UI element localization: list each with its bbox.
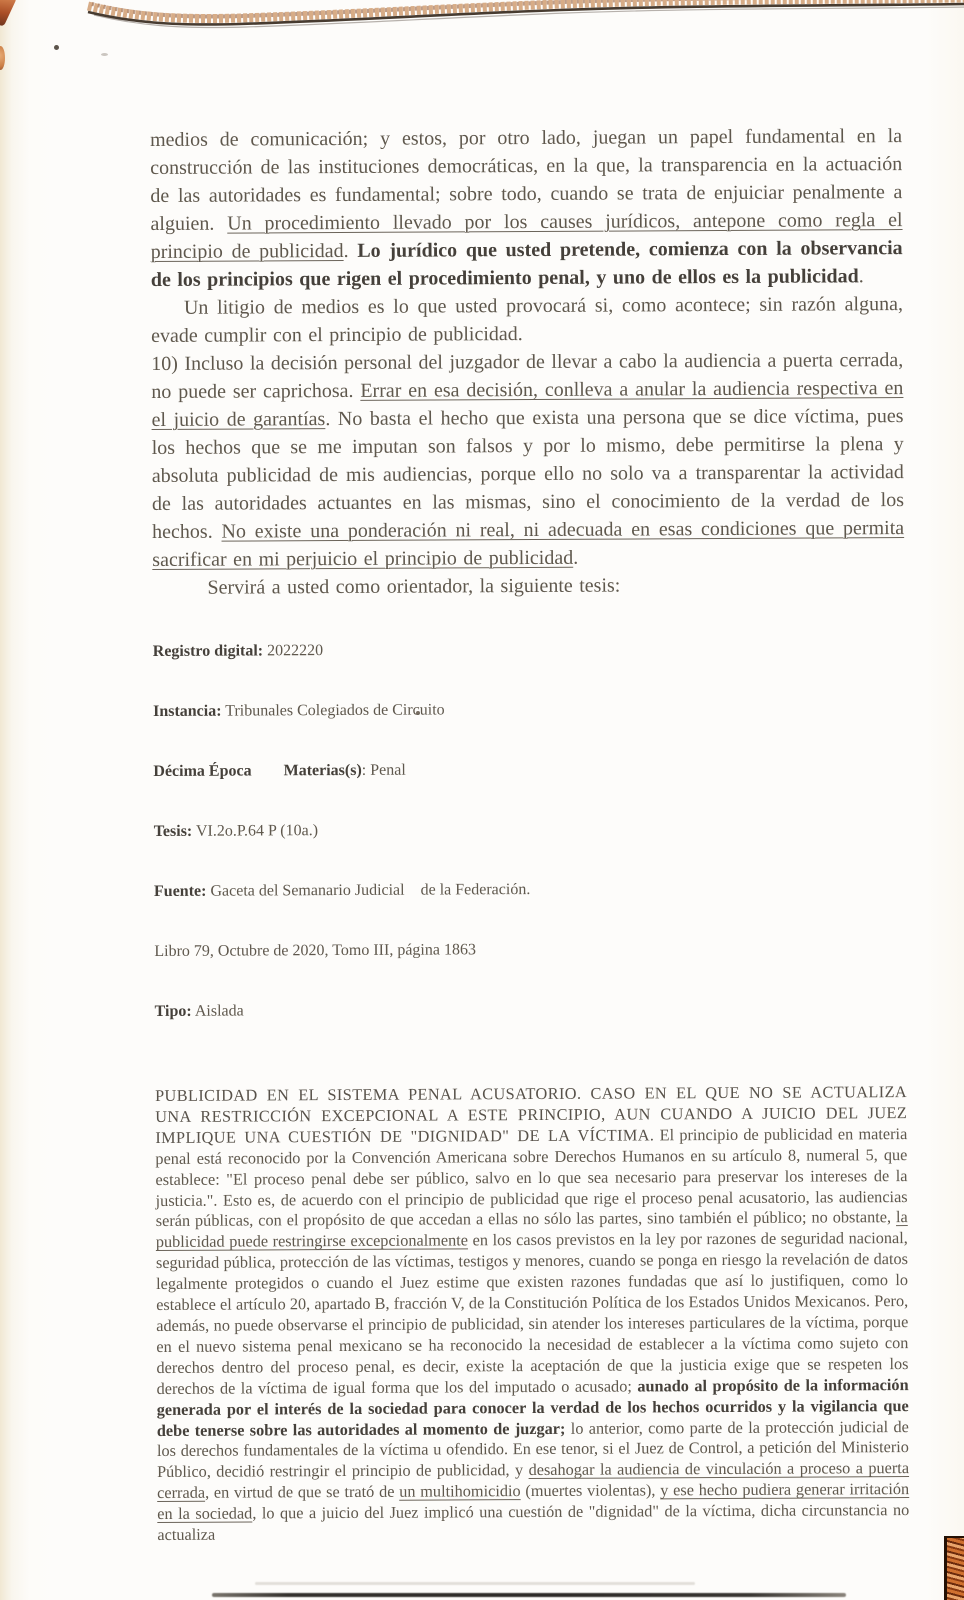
letter-paragraph-1: medios de comunicación; y estos, por otr… bbox=[150, 122, 903, 294]
citation-tipo: Tipo: Aislada bbox=[155, 998, 907, 1022]
orange-edge-smudge bbox=[0, 46, 5, 70]
citation-instancia: Instancia: Tribunales Colegiados de Circ… bbox=[153, 698, 905, 722]
citation-libro: Libro 79, Octubre de 2020, Tomo III, pág… bbox=[154, 938, 906, 962]
letter-paragraph-3: 10) Incluso la decisión personal del juz… bbox=[151, 346, 904, 574]
citation-epoca-materias: Décima Época Materias(s): Penal bbox=[153, 758, 905, 782]
citation-registro-digital: Registro digital: 2022220 bbox=[153, 638, 905, 662]
tesis-intro-line: Servirá a usted como orientador, la sigu… bbox=[152, 570, 904, 602]
scanner-artifact-bar bbox=[212, 1593, 846, 1597]
torn-page-edge bbox=[0, 0, 964, 40]
tesis-citation-block: Registro digital: 2022220 Instancia: Tri… bbox=[152, 598, 906, 1062]
red-corner-mark bbox=[0, 0, 17, 27]
letter-body: medios de comunicación; y estos, por otr… bbox=[150, 122, 904, 602]
letter-paragraph-2: Un litigio de medios es lo que usted pro… bbox=[151, 290, 903, 350]
binding-edge-mark bbox=[944, 1536, 964, 1600]
scanner-smudge bbox=[255, 1582, 695, 1585]
citation-fuente: Fuente: Gaceta del Semanario Judicial de… bbox=[154, 878, 906, 902]
document-content: medios de comunicación; y estos, por otr… bbox=[150, 122, 909, 1546]
tesis-text: PUBLICIDAD EN EL SISTEMA PENAL ACUSATORI… bbox=[155, 1082, 909, 1546]
citation-tesis-numero: Tesis: VI.2o.P.64 P (10a.) bbox=[154, 818, 906, 842]
ink-speck bbox=[101, 53, 108, 56]
scanned-document-page: medios de comunicación; y estos, por otr… bbox=[0, 0, 964, 1600]
ink-speck bbox=[54, 45, 59, 50]
